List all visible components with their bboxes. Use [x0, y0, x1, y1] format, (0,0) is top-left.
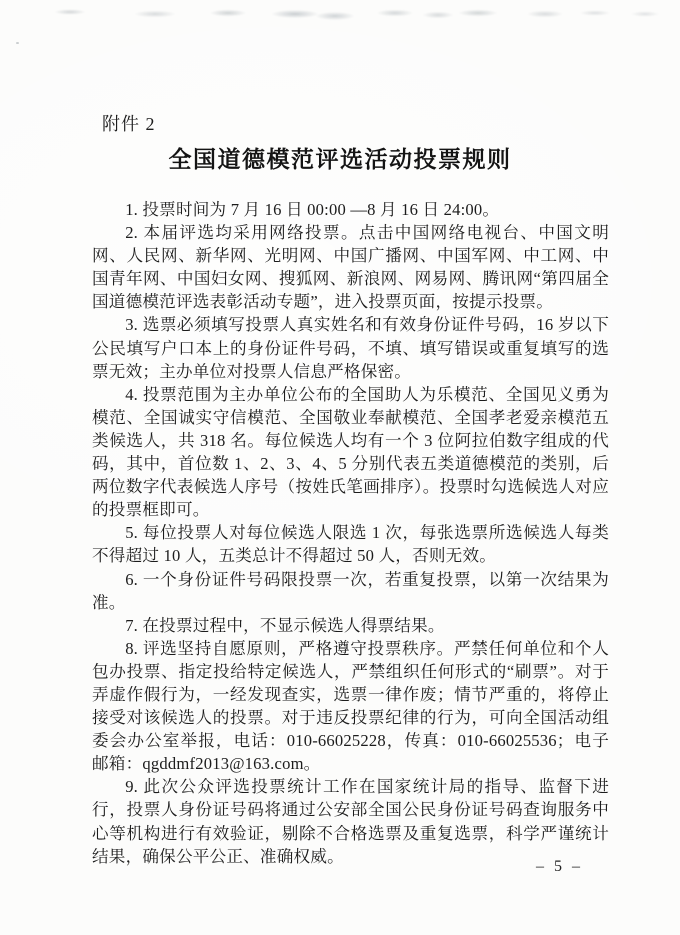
page-number: – 5 – [536, 858, 583, 876]
rule-paragraph-2: 2. 本届评选均采用网络投票。点击中国网络电视台、中国文明网、人民网、新华网、光… [92, 221, 609, 313]
rule-paragraph-8: 8. 评选坚持自愿原则，严格遵守投票秩序。严禁任何单位和个人包办投票、指定投给特… [92, 637, 609, 776]
document-body: 1. 投票时间为 7 月 16 日 00:00 —8 月 16 日 24:00。… [92, 198, 609, 868]
rule-paragraph-4: 4. 投票范围为主办单位公布的全国助人为乐模范、全国见义勇为模范、全国诚实守信模… [92, 383, 609, 522]
rule-paragraph-3: 3. 选票必须填写投票人真实姓名和有效身份证件号码，16 岁以下公民填写户口本上… [92, 313, 609, 382]
rule-paragraph-6: 6. 一个身份证件号码限投票一次，若重复投票，以第一次结果为准。 [92, 568, 609, 614]
page-title: 全国道德模范评选活动投票规则 [0, 141, 680, 174]
rule-paragraph-7: 7. 在投票过程中，不显示候选人得票结果。 [92, 614, 609, 637]
rule-paragraph-9: 9. 此次公众评选投票统计工作在国家统计局的指导、监督下进行，投票人身份证号码将… [92, 775, 609, 867]
scan-speck [16, 42, 19, 44]
scanned-document-page: 附件 2 全国道德模范评选活动投票规则 1. 投票时间为 7 月 16 日 00… [0, 0, 680, 935]
rule-paragraph-5: 5. 每位投票人对每位候选人限选 1 次，每张选票所选候选人每类不得超过 10 … [92, 521, 609, 567]
attachment-label: 附件 2 [102, 110, 156, 136]
scan-artifact-top [0, 4, 680, 26]
rule-paragraph-1: 1. 投票时间为 7 月 16 日 00:00 —8 月 16 日 24:00。 [92, 198, 609, 221]
